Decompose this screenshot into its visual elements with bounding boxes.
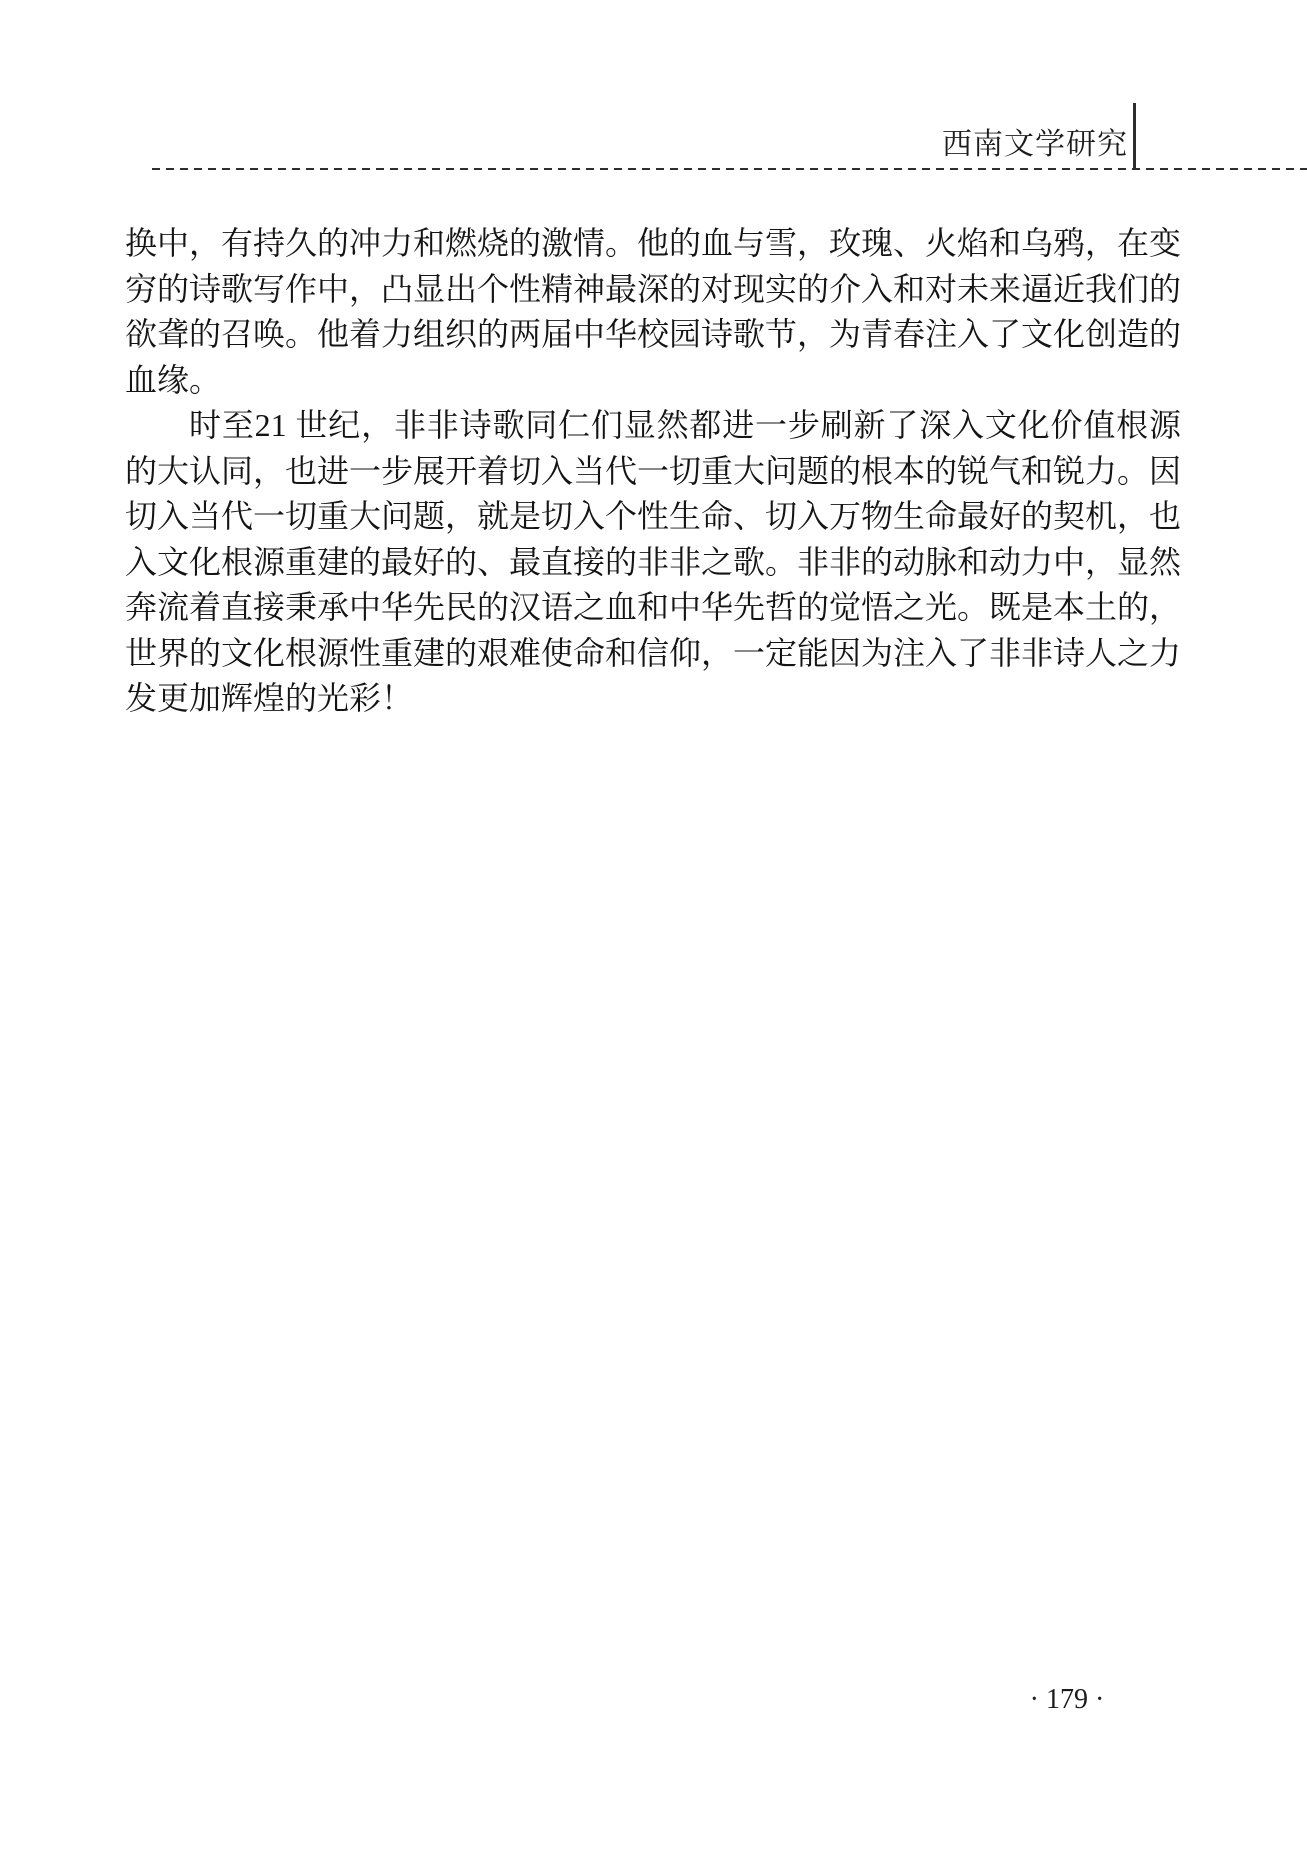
header-vertical-rule <box>1133 103 1136 169</box>
body-text-line: 发更加辉煌的光彩！ <box>125 676 1181 722</box>
body-text-line: 的大认同，也进一步展开着切入当代一切重大问题的根本的锐气和锐力。因为， <box>125 449 1181 495</box>
body-text-line: 入文化根源重建的最好的、最直接的非非之歌。非非的动脉和动力中，显然一直 <box>125 540 1181 586</box>
journal-title: 西南文学研究 <box>942 128 1128 162</box>
body-text-line: 血缘。 <box>125 358 1181 404</box>
body-text-line: 欲聋的召唤。他着力组织的两届中华校园诗歌节，为青春注入了文化创造的 <box>125 312 1181 358</box>
body-text-line: 时至21 世纪，非非诗歌同仁们显然都进一步刷新了深入文化价值根源重建 <box>125 403 1181 449</box>
body-text-line: 世界的文化根源性重建的艰难使命和信仰，一定能因为注入了非非诗人之力而焕 <box>125 631 1181 677</box>
body-text-line: 奔流着直接秉承中华先民的汉语之血和中华先哲的觉悟之光。既是本土的，又是 <box>125 585 1181 631</box>
document-page: 西南文学研究 换中，有持久的冲力和燃烧的激情。他的血与雪，玫瑰、火焰和乌鸦，在变… <box>0 0 1307 1859</box>
page-number: · 179 · <box>1012 1684 1122 1716</box>
body-text-line: 切入当代一切重大问题，就是切入个性生命、切入万物生命最好的契机，也是深 <box>125 494 1181 540</box>
body-text-line: 穷的诗歌写作中，凸显出个性精神最深的对现实的介入和对未来逼近我们的震耳 <box>125 267 1181 313</box>
body-text-block: 换中，有持久的冲力和燃烧的激情。他的血与雪，玫瑰、火焰和乌鸦，在变幻无 穷的诗歌… <box>125 221 1181 722</box>
body-text-line: 换中，有持久的冲力和燃烧的激情。他的血与雪，玫瑰、火焰和乌鸦，在变幻无 <box>125 221 1181 267</box>
header-dashed-rule <box>152 168 1307 170</box>
